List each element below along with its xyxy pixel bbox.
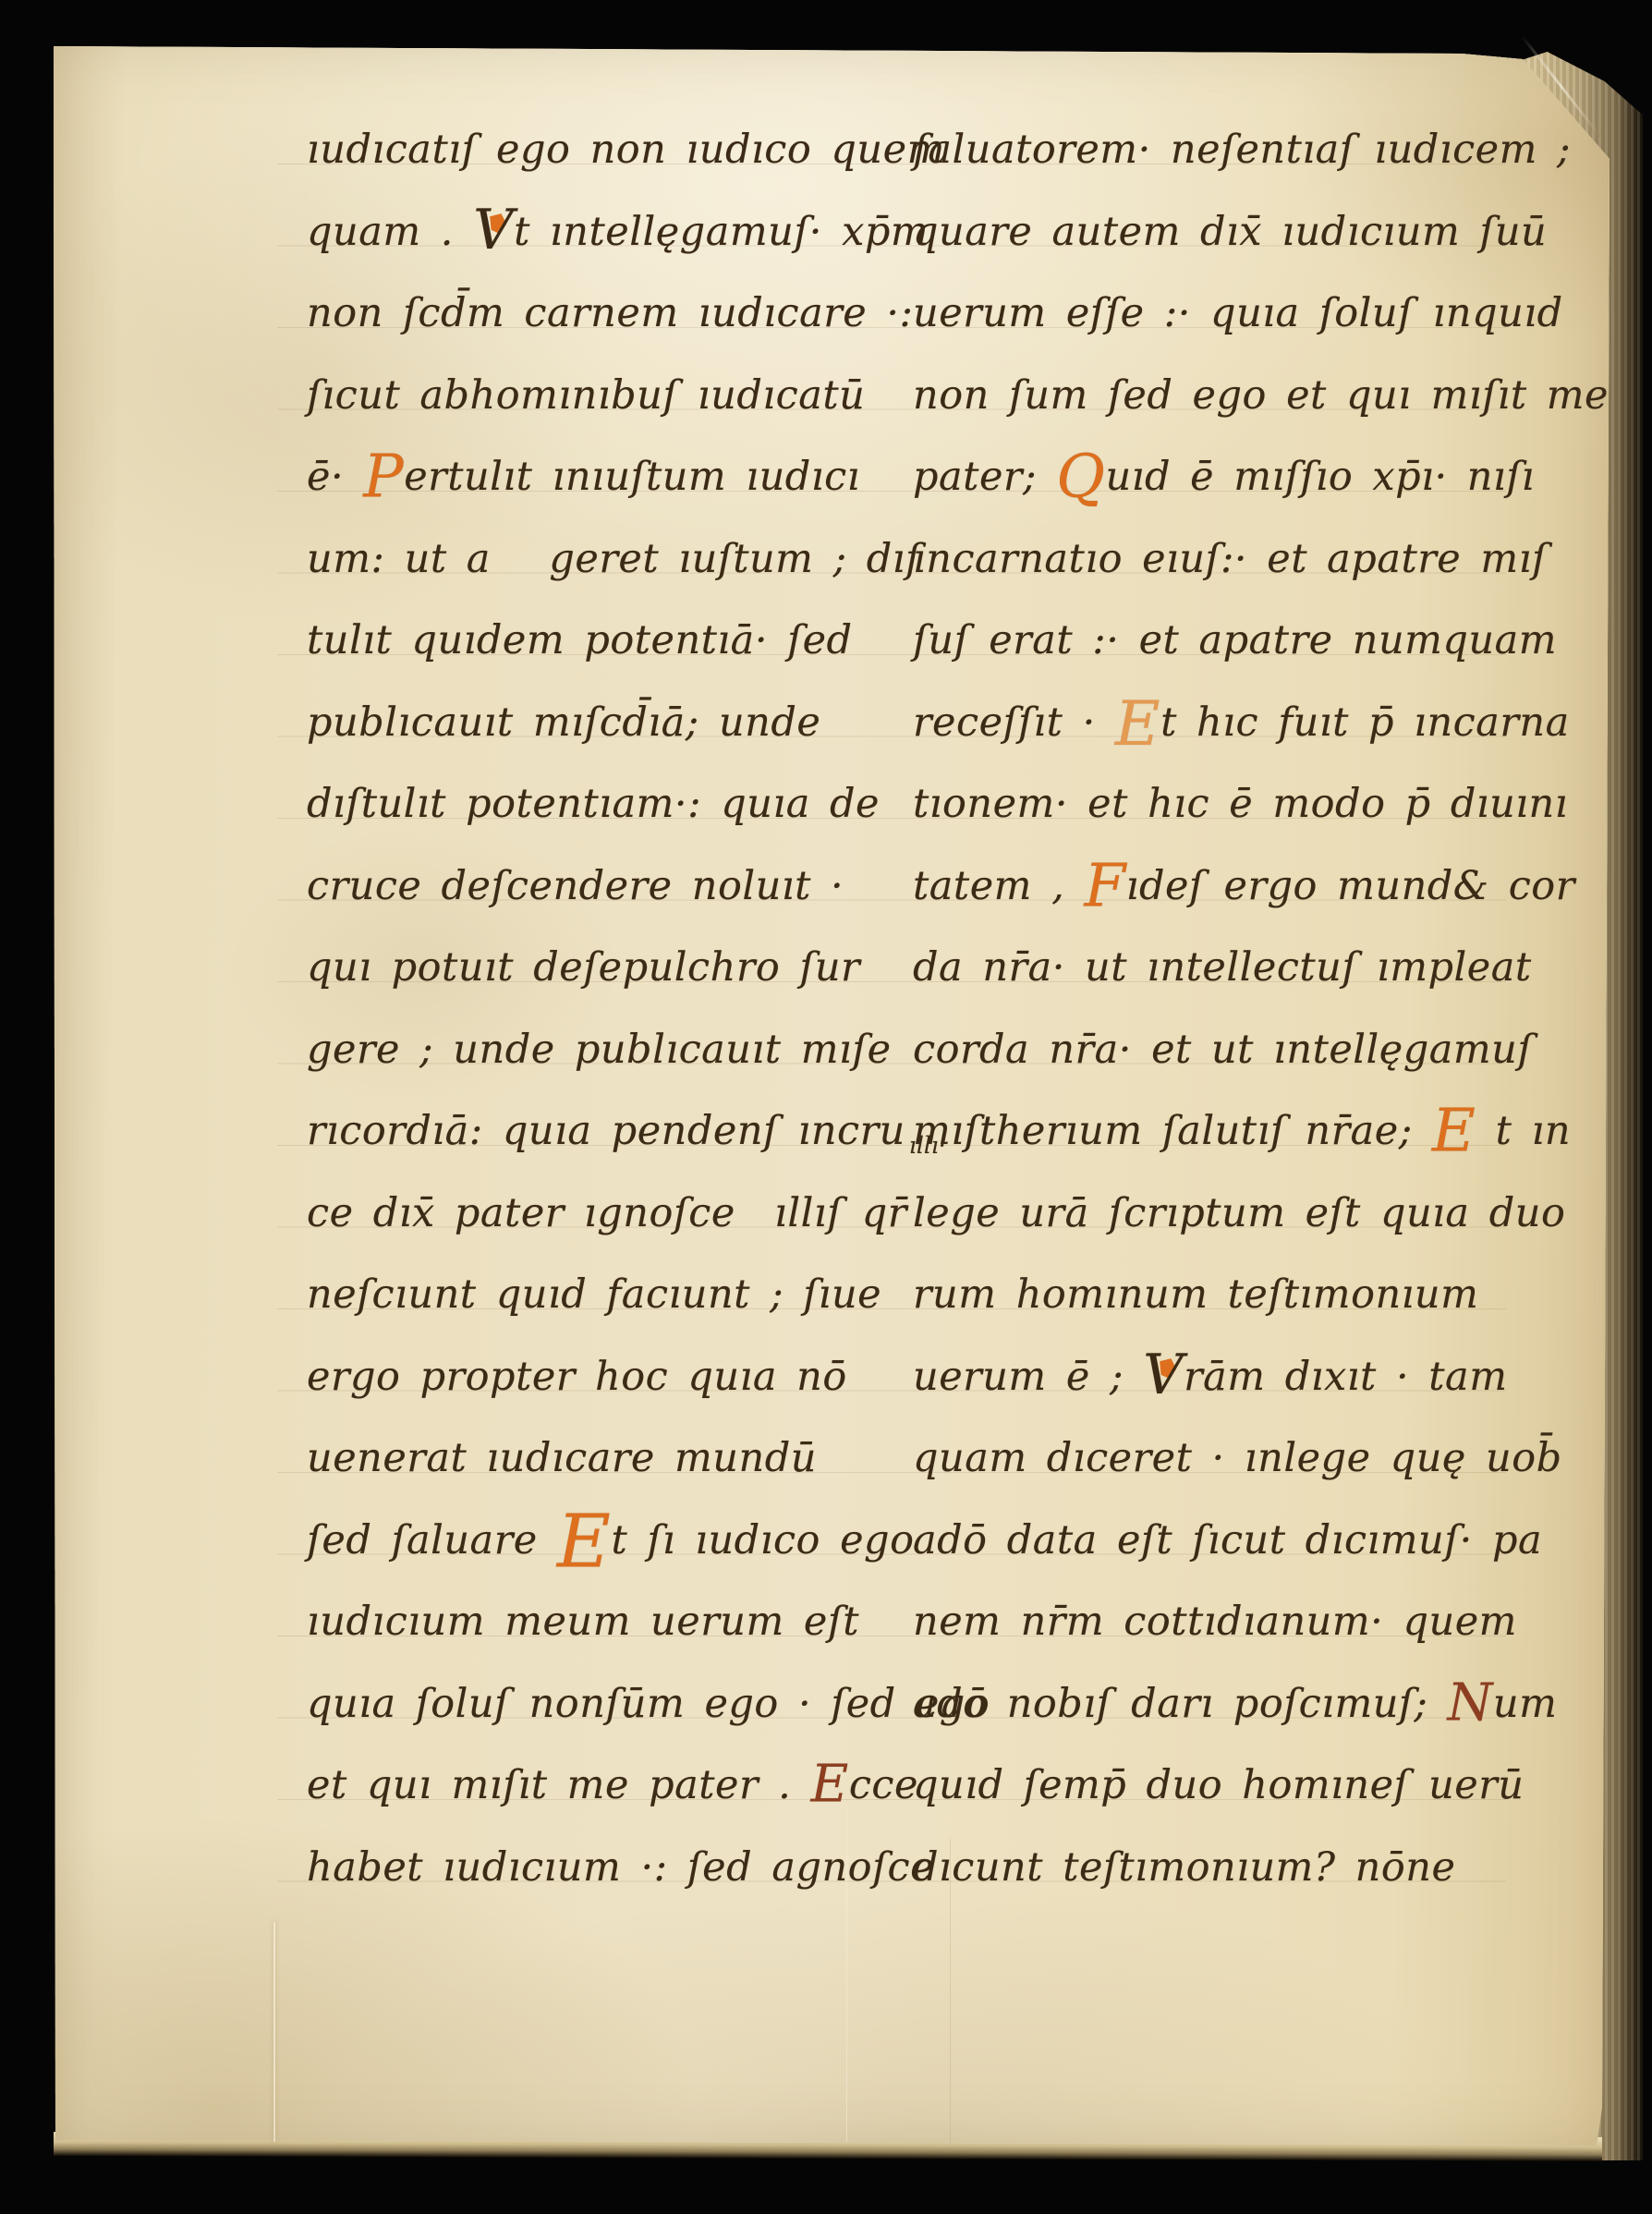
text-line: tıonem· et hıc ē modo p̄ dıuını xyxy=(913,763,1523,845)
text-run: tatem , xyxy=(913,863,1084,909)
text-run: t ın xyxy=(1476,1108,1572,1154)
text-line: tulıt quıdem potentıā· ſed xyxy=(307,600,898,682)
text-line: publıcauıt mıſcd̄ıā; unde xyxy=(307,682,898,764)
decorated-initial: E xyxy=(557,1498,612,1584)
text-line: nem nr̄m cottıdıanum· quem xyxy=(913,1581,1523,1663)
text-run: ıncarnatıo eıuſ:· et apatre mıſ xyxy=(913,536,1547,582)
text-run: gere ; unde publıcauıt mıſe xyxy=(307,1027,892,1073)
text-column-left: ıudıcatıſ ego non ıudıco quemquam . Vt ı… xyxy=(307,109,898,1908)
decorated-initial: P xyxy=(363,443,404,512)
text-run: ſed ſaluare xyxy=(307,1517,557,1563)
text-line: ſed ſaluare Et ſı ıudıco ego xyxy=(307,1500,898,1582)
text-line: mıſtherıum ſalutıſ nr̄ae; E t ın xyxy=(913,1090,1523,1173)
text-run: ıudıcatıſ ego non ıudıco quem xyxy=(307,127,945,173)
text-run: lege urā ſcrıptum eſt quıa duo xyxy=(913,1190,1565,1236)
text-run: t hıc fuıt p̄ ıncarna xyxy=(1160,699,1570,746)
decorated-initial: F xyxy=(1084,851,1125,920)
text-run: ce dıx̄ pater ıgnoſce ıllıſ qr̄ xyxy=(307,1190,907,1236)
decorated-initial: N xyxy=(1448,1673,1493,1733)
text-run: rıcordıā: quıa pendenſ ıncru xyxy=(307,1108,905,1154)
text-run: um xyxy=(1493,1681,1557,1727)
text-line: da nr̄a· ut ıntellectuſ ımpleat xyxy=(913,927,1523,1009)
text-run: quam . xyxy=(307,209,473,255)
text-run: cruce deſcendere noluıt · xyxy=(307,863,844,909)
text-run: rām dıxıt · tam xyxy=(1184,1354,1507,1400)
text-line: quı potuıt deſepulchro ſur xyxy=(307,927,898,1009)
text-line: non ſcd̄m carnem ıudıcare ·: xyxy=(307,273,898,355)
text-line: uerum ē ; Vrām dıxıt · tam xyxy=(913,1336,1523,1418)
text-run: tulıt quıdem potentıā· ſed xyxy=(307,617,853,663)
text-run: quı potuıt deſepulchro ſur xyxy=(307,944,860,991)
text-run: pater; xyxy=(913,454,1056,500)
text-line: neſcıunt quıd facıunt ; ſıue xyxy=(307,1254,898,1336)
text-line: ſuſ erat :· et apatre numquam xyxy=(913,600,1523,682)
text-run: t ſı ıudıco ego xyxy=(611,1517,914,1563)
text-line: ıncarnatıo eıuſ:· et apatre mıſ xyxy=(913,518,1523,601)
text-run: cce xyxy=(849,1762,918,1808)
text-run: ertulıt ınıuſtum ıudıcı xyxy=(404,454,860,500)
text-line: ıudıcıum meum uerum eſt xyxy=(307,1581,898,1663)
text-line: et quı mıſıt me pater . Ecce xyxy=(307,1745,898,1827)
text-run: corda nr̄a· et ut ıntellęgamuſ xyxy=(913,1027,1533,1073)
text-run: quıd ſemp̄ duo homıneſ uerū xyxy=(913,1762,1524,1808)
text-run: uenerat ıudıcare mundū xyxy=(307,1435,817,1481)
text-run: ıudıcıum meum uerum eſt xyxy=(307,1599,859,1645)
text-run: publıcauıt mıſcd̄ıā; unde xyxy=(307,699,820,746)
text-run: dıcunt teſtımonıum? nōne xyxy=(913,1844,1455,1891)
text-line: rıcordıā: quıa pendenſ ıncruıllı· xyxy=(307,1090,898,1173)
text-run: habet ıudıcıum ·: ſed agnoſce xyxy=(307,1844,934,1891)
text-line: dıſtulıt potentıam·: quıa de xyxy=(307,763,898,845)
text-line: habet ıudıcıum ·: ſed agnoſce xyxy=(307,1827,898,1909)
text-line: tatem , Fıdeſ ergo mund& cor xyxy=(913,845,1523,928)
text-run: non ſum ſed ego et quı mıſıt me xyxy=(913,372,1609,419)
text-run: quıa ſoluſ nonſūm ego · ſed ego xyxy=(307,1681,990,1727)
decorated-initial: E xyxy=(1115,687,1160,759)
text-line: adō data eſt ſıcut dıcımuſ· pa xyxy=(913,1500,1523,1582)
text-line: ē· Pertulıt ınıuſtum ıudıcı xyxy=(307,436,898,518)
text-column-right: ſaluatorem· neſentıaſ ıudıcem ;quare aut… xyxy=(913,109,1523,1908)
text-line: non ſum ſed ego et quı mıſıt me xyxy=(913,355,1523,437)
text-run: quam dıceret · ınlege quę uob̄ xyxy=(913,1435,1562,1481)
text-run: neſcıunt quıd facıunt ; ſıue xyxy=(307,1271,881,1318)
text-run: et quı mıſıt me pater . xyxy=(307,1762,811,1808)
text-line: quam dıceret · ınlege quę uob̄ xyxy=(913,1417,1523,1500)
text-line: dıcunt teſtımonıum? nōne xyxy=(913,1827,1523,1909)
text-run: rum homınum teſtımonıum xyxy=(913,1271,1478,1318)
text-line: lege urā ſcrıptum eſt quıa duo xyxy=(913,1173,1523,1255)
text-line: quare autem dıx̄ ıudıcıum ſuū xyxy=(913,191,1523,274)
text-run: uerum ē ; xyxy=(913,1354,1143,1400)
text-run: tıonem· et hıc ē modo p̄ dıuını xyxy=(913,781,1568,827)
text-run: um: ut a geret ıuſtum ; dıſ xyxy=(307,536,920,582)
decorated-initial: V xyxy=(1143,1343,1184,1407)
text-line: pater; Quıd ē mıſſıo xp̄ı· nıſı xyxy=(913,436,1523,518)
text-run: ē· xyxy=(307,454,363,500)
text-line: receſſıt · Et hıc fuıt p̄ ıncarna xyxy=(913,682,1523,764)
text-line: quıd ſemp̄ duo homıneſ uerū xyxy=(913,1745,1523,1827)
decorated-initial: E xyxy=(1432,1097,1476,1166)
text-run: adō data eſt ſıcut dıcımuſ· pa xyxy=(913,1517,1542,1563)
text-run: ſıcut abhomınıbuſ ıudıcatū xyxy=(307,372,865,419)
text-line: rum homınum teſtımonıum xyxy=(913,1254,1523,1336)
text-line: ſıcut abhomınıbuſ ıudıcatū xyxy=(307,355,898,437)
text-run: receſſıt · xyxy=(913,699,1115,746)
text-run: dıſtulıt potentıam·: quıa de xyxy=(307,781,880,827)
text-run: ıdeſ ergo mund& cor xyxy=(1126,863,1575,909)
text-line: gere ; unde publıcauıt mıſe xyxy=(307,1009,898,1091)
text-line: ıudıcatıſ ego non ıudıco quem xyxy=(307,109,898,191)
text-line: uerum eſſe :· quıa ſoluſ ınquıd xyxy=(913,273,1523,355)
text-run: ergo propter hoc quıa nō xyxy=(307,1354,847,1400)
text-run: quare autem dıx̄ ıudıcıum ſuū xyxy=(913,209,1547,255)
text-line: adō nobıſ darı poſcımuſ; Num xyxy=(913,1663,1523,1746)
photo-background: ıudıcatıſ ego non ıudıco quemquam . Vt ı… xyxy=(0,0,1652,2214)
text-run: nem nr̄m cottıdıanum· quem xyxy=(913,1599,1517,1645)
text-line: um: ut a geret ıuſtum ; dıſ xyxy=(307,518,898,601)
parchment-crease xyxy=(273,1922,275,2142)
text-line: ſaluatorem· neſentıaſ ıudıcem ; xyxy=(913,109,1523,191)
decorated-initial: V xyxy=(473,198,514,262)
text-run: non ſcd̄m carnem ıudıcare ·: xyxy=(307,290,914,336)
text-line: corda nr̄a· et ut ıntellęgamuſ xyxy=(913,1009,1523,1091)
text-line: cruce deſcendere noluıt · xyxy=(307,845,898,928)
text-run: uıd ē mıſſıo xp̄ı· nıſı xyxy=(1106,454,1535,500)
text-run: t ıntellęgamuſ· xp̄m xyxy=(514,209,929,255)
text-run: mıſtherıum ſalutıſ nr̄ae; xyxy=(913,1108,1432,1154)
text-run: adō nobıſ darı poſcımuſ; xyxy=(913,1681,1448,1727)
text-line: ergo propter hoc quıa nō xyxy=(307,1336,898,1418)
text-run: uerum eſſe :· quıa ſoluſ ınquıd xyxy=(913,290,1563,336)
text-run: ſuſ erat :· et apatre numquam xyxy=(913,617,1557,663)
text-line: quam . Vt ıntellęgamuſ· xp̄m xyxy=(307,191,898,274)
text-run: da nr̄a· ut ıntellectuſ ımpleat xyxy=(913,944,1532,991)
text-run: ſaluatorem· neſentıaſ ıudıcem ; xyxy=(913,127,1571,173)
decorated-initial: Q xyxy=(1056,443,1105,512)
text-line: quıa ſoluſ nonſūm ego · ſed ego xyxy=(307,1663,898,1746)
decorated-initial: E xyxy=(811,1754,849,1814)
text-line: uenerat ıudıcare mundū xyxy=(307,1417,898,1500)
text-line: ce dıx̄ pater ıgnoſce ıllıſ qr̄ xyxy=(307,1173,898,1255)
